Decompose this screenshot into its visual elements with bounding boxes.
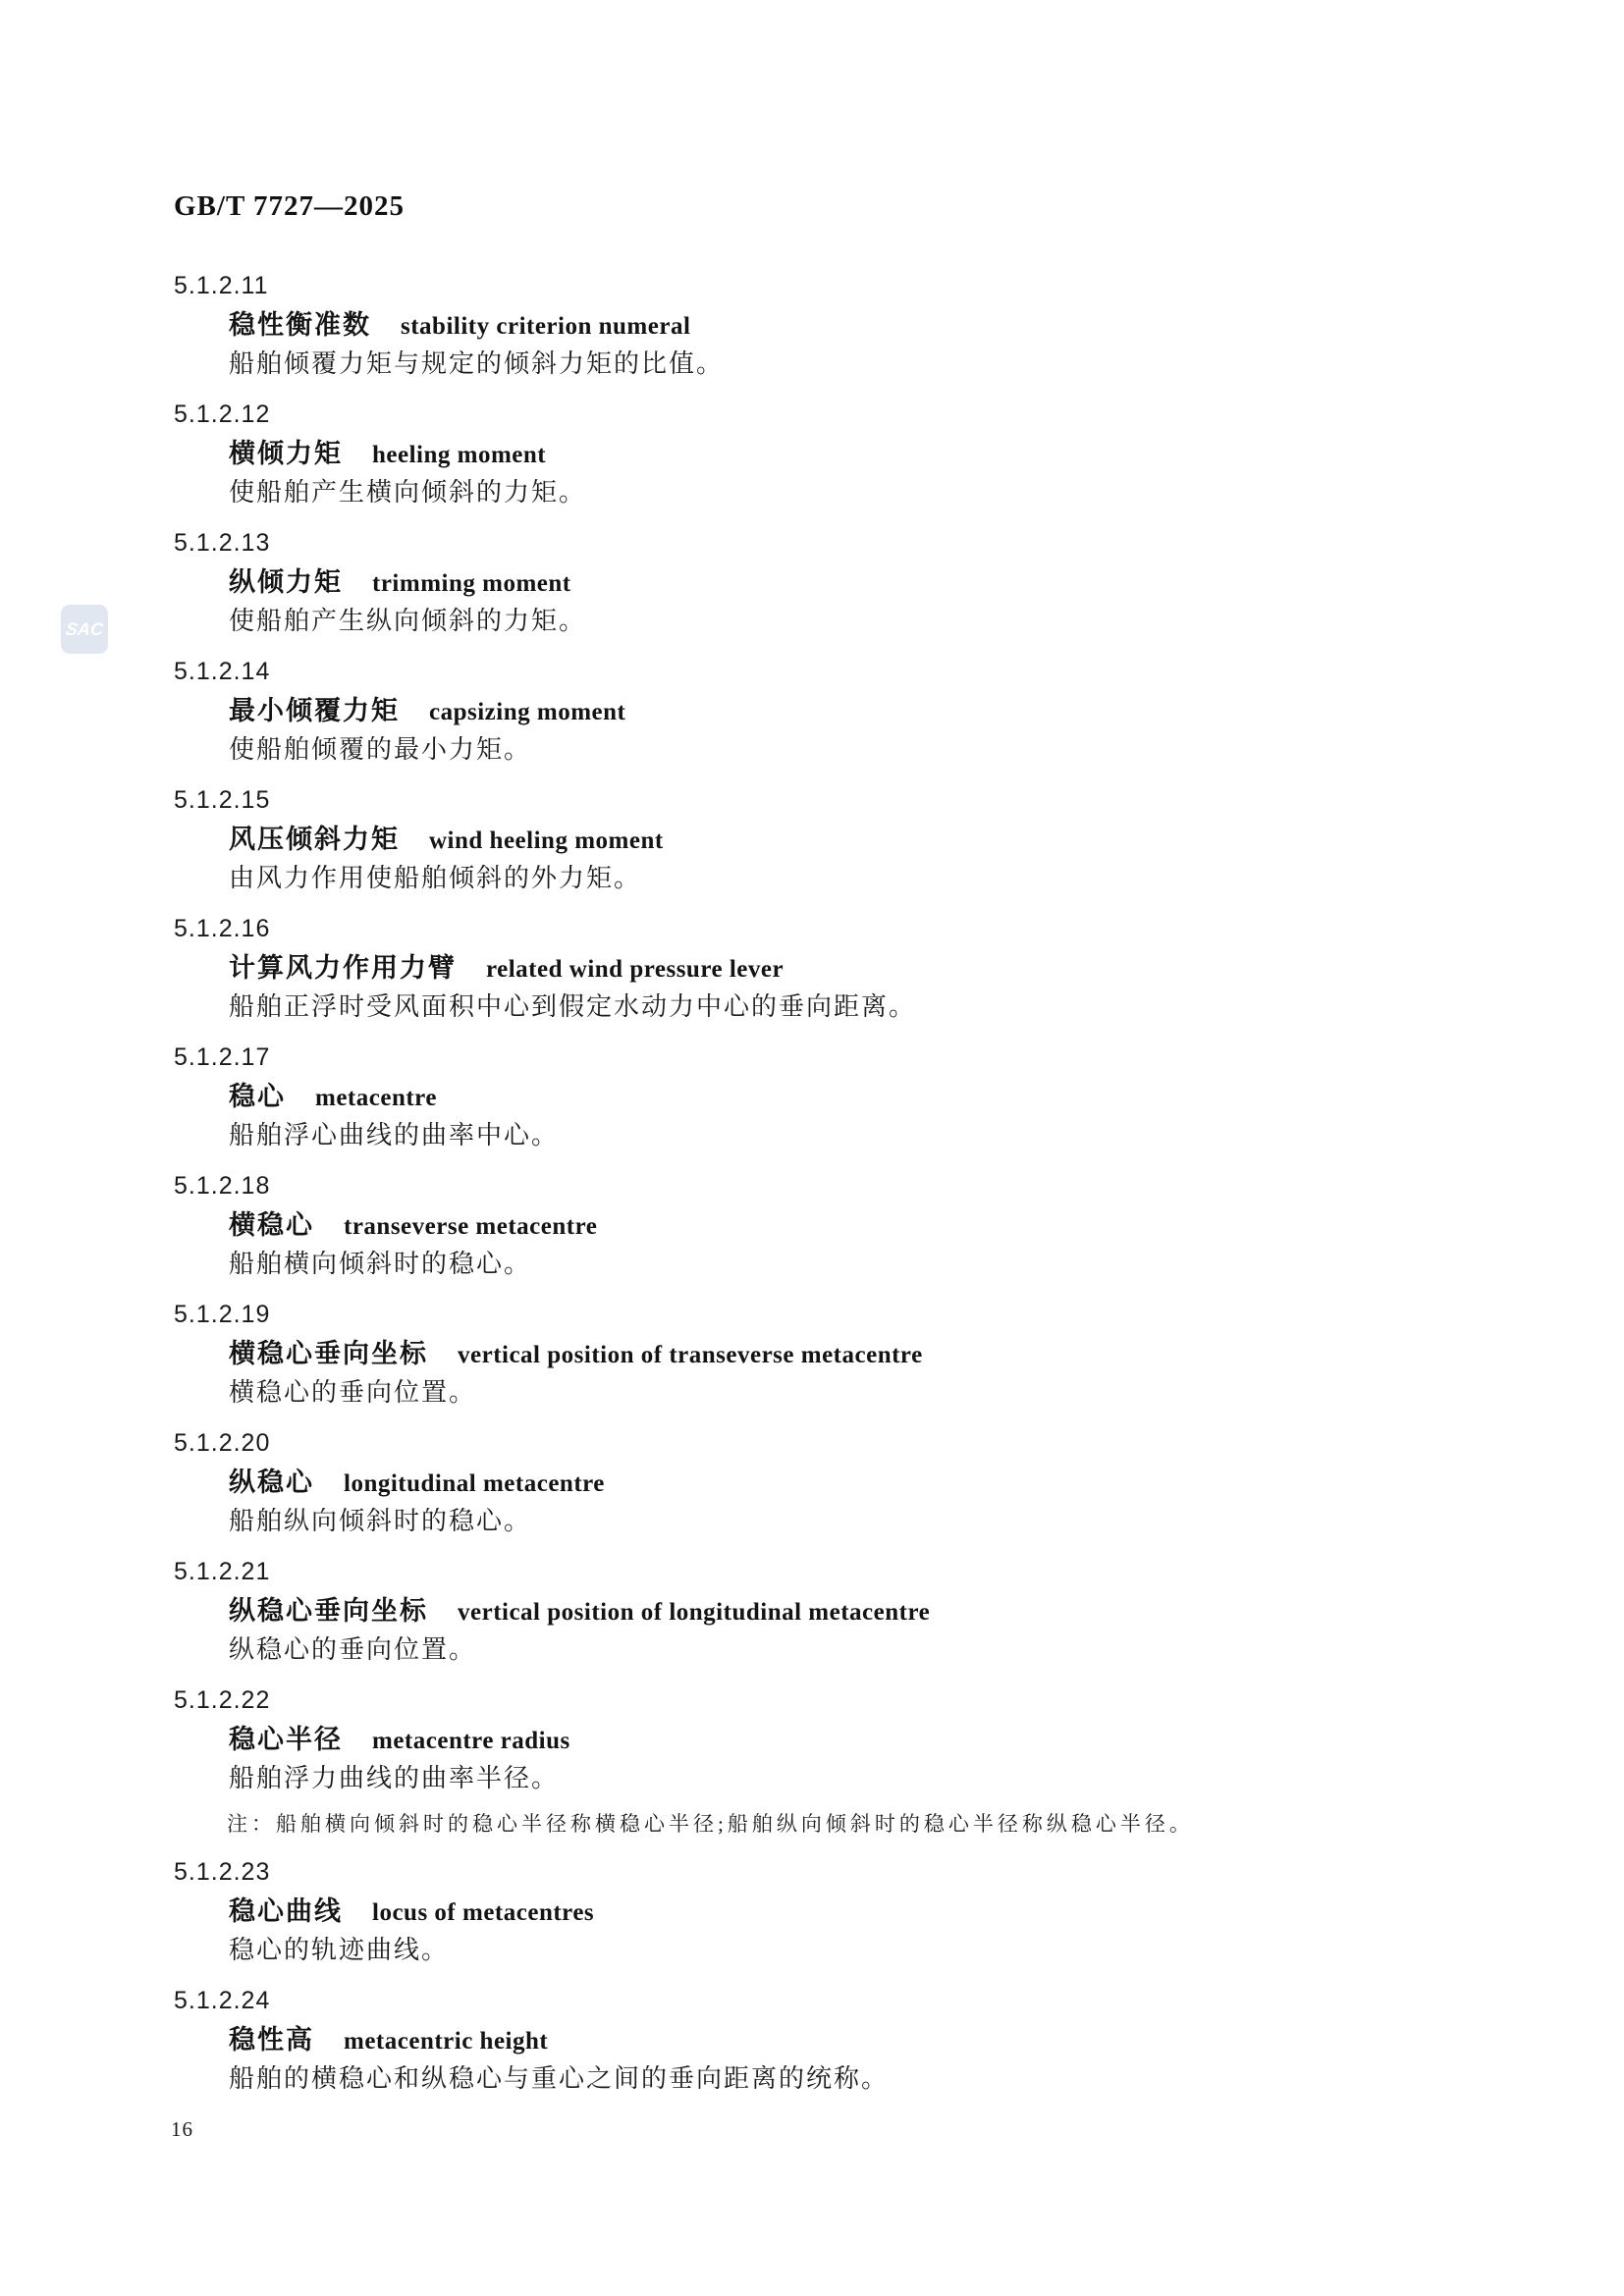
term-chinese: 稳心曲线 <box>229 1892 343 1931</box>
term-definition: 船舶正浮时受风面积中心到假定水动力中心的垂向距离。 <box>229 988 1480 1027</box>
page-header: GB/T 7727—2025 <box>174 190 405 223</box>
term-section: 5.1.2.23 稳心曲线 locus of metacentres 稳心的轨迹… <box>174 1852 1480 1970</box>
section-number: 5.1.2.19 <box>174 1295 1480 1334</box>
section-number: 5.1.2.12 <box>174 395 1480 434</box>
term-line: 稳性高 metacentric height <box>229 2020 1480 2059</box>
term-section: 5.1.2.24 稳性高 metacentric height 船舶的横稳心和纵… <box>174 1981 1480 2099</box>
term-line: 最小倾覆力矩 capsizing moment <box>229 691 1480 730</box>
term-chinese: 稳心 <box>229 1077 286 1116</box>
section-number: 5.1.2.20 <box>174 1423 1480 1463</box>
term-section: 5.1.2.16 计算风力作用力臂 related wind pressure … <box>174 909 1480 1027</box>
term-chinese: 横稳心 <box>229 1205 314 1245</box>
section-number: 5.1.2.23 <box>174 1852 1480 1892</box>
term-definition: 使船舶产生横向倾斜的力矩。 <box>229 473 1480 512</box>
section-number: 5.1.2.11 <box>174 266 1480 305</box>
section-number: 5.1.2.21 <box>174 1552 1480 1591</box>
sac-watermark-text: SAC <box>65 619 104 640</box>
section-number: 5.1.2.13 <box>174 523 1480 562</box>
term-section: 5.1.2.14 最小倾覆力矩 capsizing moment 使船舶倾覆的最… <box>174 652 1480 770</box>
term-chinese: 稳性高 <box>229 2020 314 2059</box>
term-definition: 横稳心的垂向位置。 <box>229 1373 1480 1413</box>
term-english: metacentre <box>315 1079 437 1118</box>
term-english: stability criterion numeral <box>401 307 690 347</box>
term-chinese: 横稳心垂向坐标 <box>229 1334 428 1373</box>
sections: 5.1.2.11 稳性衡准数 stability criterion numer… <box>174 266 1480 2099</box>
term-definition: 纵稳心的垂向位置。 <box>229 1630 1480 1670</box>
term-section: 5.1.2.11 稳性衡准数 stability criterion numer… <box>174 266 1480 384</box>
term-section: 5.1.2.20 纵稳心 longitudinal metacentre 船舶纵… <box>174 1423 1480 1541</box>
term-section: 5.1.2.22 稳心半径 metacentre radius 船舶浮力曲线的曲… <box>174 1681 1480 1842</box>
term-english: vertical position of longitudinal metace… <box>458 1593 930 1632</box>
term-line: 稳心半径 metacentre radius <box>229 1720 1480 1759</box>
sac-watermark-logo: SAC <box>61 605 108 654</box>
section-number: 5.1.2.17 <box>174 1038 1480 1077</box>
term-definition: 稳心的轨迹曲线。 <box>229 1931 1480 1970</box>
term-line: 横稳心垂向坐标 vertical position of transeverse… <box>229 1334 1480 1373</box>
page-number: 16 <box>171 2109 1480 2149</box>
section-number: 5.1.2.24 <box>174 1981 1480 2020</box>
term-english: metacentre radius <box>372 1722 570 1761</box>
term-english: metacentric height <box>344 2022 548 2061</box>
term-english: transeverse metacentre <box>344 1207 597 1247</box>
term-english: trimming moment <box>372 564 571 604</box>
term-line: 纵稳心垂向坐标 vertical position of longitudina… <box>229 1591 1480 1630</box>
term-definition: 船舶浮力曲线的曲率半径。 <box>229 1759 1480 1798</box>
term-section: 5.1.2.19 横稳心垂向坐标 vertical position of tr… <box>174 1295 1480 1413</box>
section-note: 注：船舶横向倾斜时的稳心半径称横稳心半径;船舶纵向倾斜时的稳心半径称纵稳心半径。 <box>227 1806 1480 1842</box>
term-line: 稳性衡准数 stability criterion numeral <box>229 305 1480 345</box>
term-line: 横倾力矩 heeling moment <box>229 434 1480 473</box>
term-definition: 船舶横向倾斜时的稳心。 <box>229 1245 1480 1284</box>
term-definition: 使船舶产生纵向倾斜的力矩。 <box>229 602 1480 641</box>
term-line: 计算风力作用力臂 related wind pressure lever <box>229 948 1480 988</box>
term-line: 风压倾斜力矩 wind heeling moment <box>229 820 1480 859</box>
term-definition: 船舶纵向倾斜时的稳心。 <box>229 1502 1480 1541</box>
term-english: heeling moment <box>372 436 546 475</box>
term-chinese: 横倾力矩 <box>229 434 343 473</box>
term-definition: 船舶倾覆力矩与规定的倾斜力矩的比值。 <box>229 345 1480 384</box>
section-number: 5.1.2.22 <box>174 1681 1480 1720</box>
term-section: 5.1.2.18 横稳心 transeverse metacentre 船舶横向… <box>174 1166 1480 1284</box>
term-line: 稳心 metacentre <box>229 1077 1480 1116</box>
term-line: 纵稳心 longitudinal metacentre <box>229 1463 1480 1502</box>
term-english: vertical position of transeverse metacen… <box>458 1336 923 1375</box>
term-section: 5.1.2.17 稳心 metacentre 船舶浮心曲线的曲率中心。 <box>174 1038 1480 1155</box>
section-number: 5.1.2.16 <box>174 909 1480 948</box>
term-chinese: 最小倾覆力矩 <box>229 691 400 730</box>
term-english: longitudinal metacentre <box>344 1465 605 1504</box>
term-definition: 使船舶倾覆的最小力矩。 <box>229 730 1480 770</box>
term-section: 5.1.2.15 风压倾斜力矩 wind heeling moment 由风力作… <box>174 780 1480 898</box>
term-english: related wind pressure lever <box>486 950 784 989</box>
term-line: 横稳心 transeverse metacentre <box>229 1205 1480 1245</box>
terminology-list: 5.1.2.11 稳性衡准数 stability criterion numer… <box>174 266 1480 2149</box>
section-number: 5.1.2.18 <box>174 1166 1480 1205</box>
term-definition: 船舶浮心曲线的曲率中心。 <box>229 1116 1480 1155</box>
term-chinese: 纵稳心 <box>229 1463 314 1502</box>
term-line: 稳心曲线 locus of metacentres <box>229 1892 1480 1931</box>
term-definition: 船舶的横稳心和纵稳心与重心之间的垂向距离的统称。 <box>229 2059 1480 2099</box>
term-section: 5.1.2.12 横倾力矩 heeling moment 使船舶产生横向倾斜的力… <box>174 395 1480 512</box>
term-line: 纵倾力矩 trimming moment <box>229 562 1480 602</box>
term-english: capsizing moment <box>429 693 625 732</box>
term-chinese: 纵倾力矩 <box>229 562 343 602</box>
term-chinese: 计算风力作用力臂 <box>229 948 457 988</box>
term-chinese: 稳心半径 <box>229 1720 343 1759</box>
section-number: 5.1.2.15 <box>174 780 1480 820</box>
term-chinese: 纵稳心垂向坐标 <box>229 1591 428 1630</box>
term-chinese: 稳性衡准数 <box>229 305 371 345</box>
term-section: 5.1.2.21 纵稳心垂向坐标 vertical position of lo… <box>174 1552 1480 1670</box>
term-section: 5.1.2.13 纵倾力矩 trimming moment 使船舶产生纵向倾斜的… <box>174 523 1480 641</box>
section-number: 5.1.2.14 <box>174 652 1480 691</box>
term-chinese: 风压倾斜力矩 <box>229 820 400 859</box>
term-english: wind heeling moment <box>429 822 664 861</box>
term-definition: 由风力作用使船舶倾斜的外力矩。 <box>229 859 1480 898</box>
term-english: locus of metacentres <box>372 1894 594 1933</box>
